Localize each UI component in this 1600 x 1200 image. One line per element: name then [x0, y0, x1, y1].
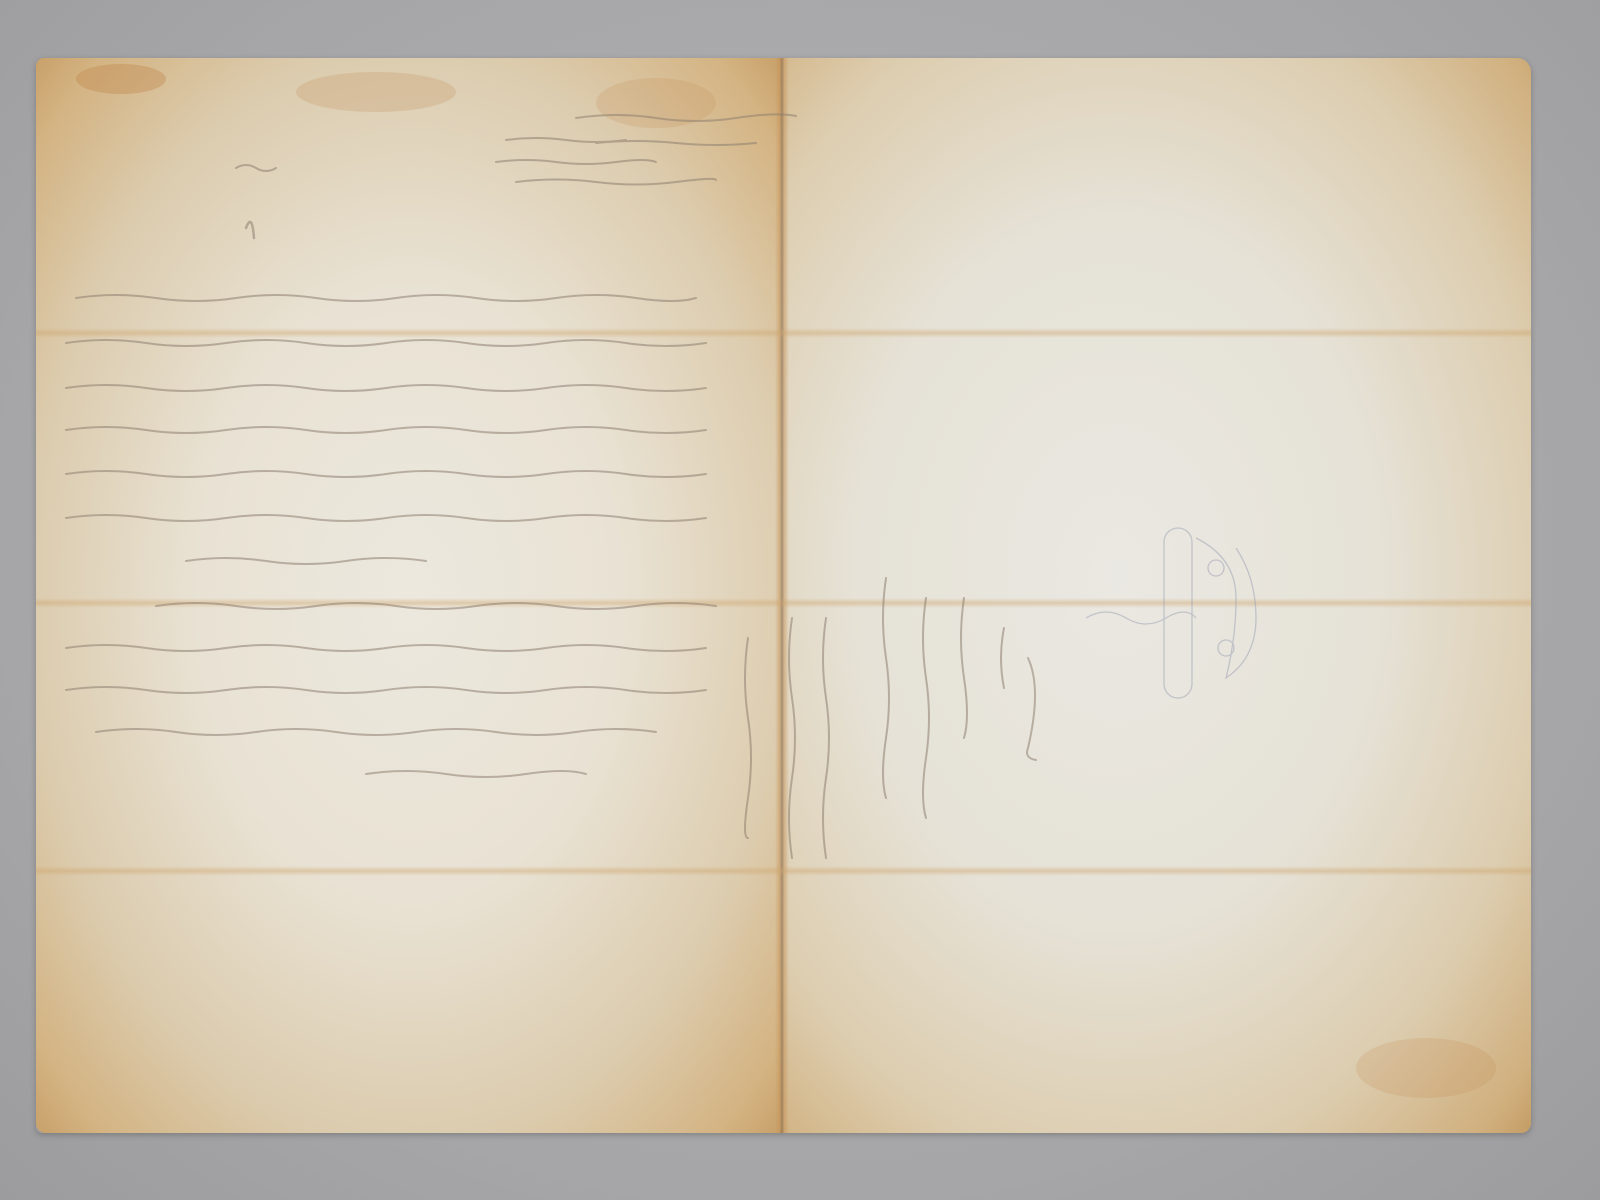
handwriting-bleed-through	[36, 58, 1531, 1133]
manuscript-sheet	[36, 58, 1531, 1133]
